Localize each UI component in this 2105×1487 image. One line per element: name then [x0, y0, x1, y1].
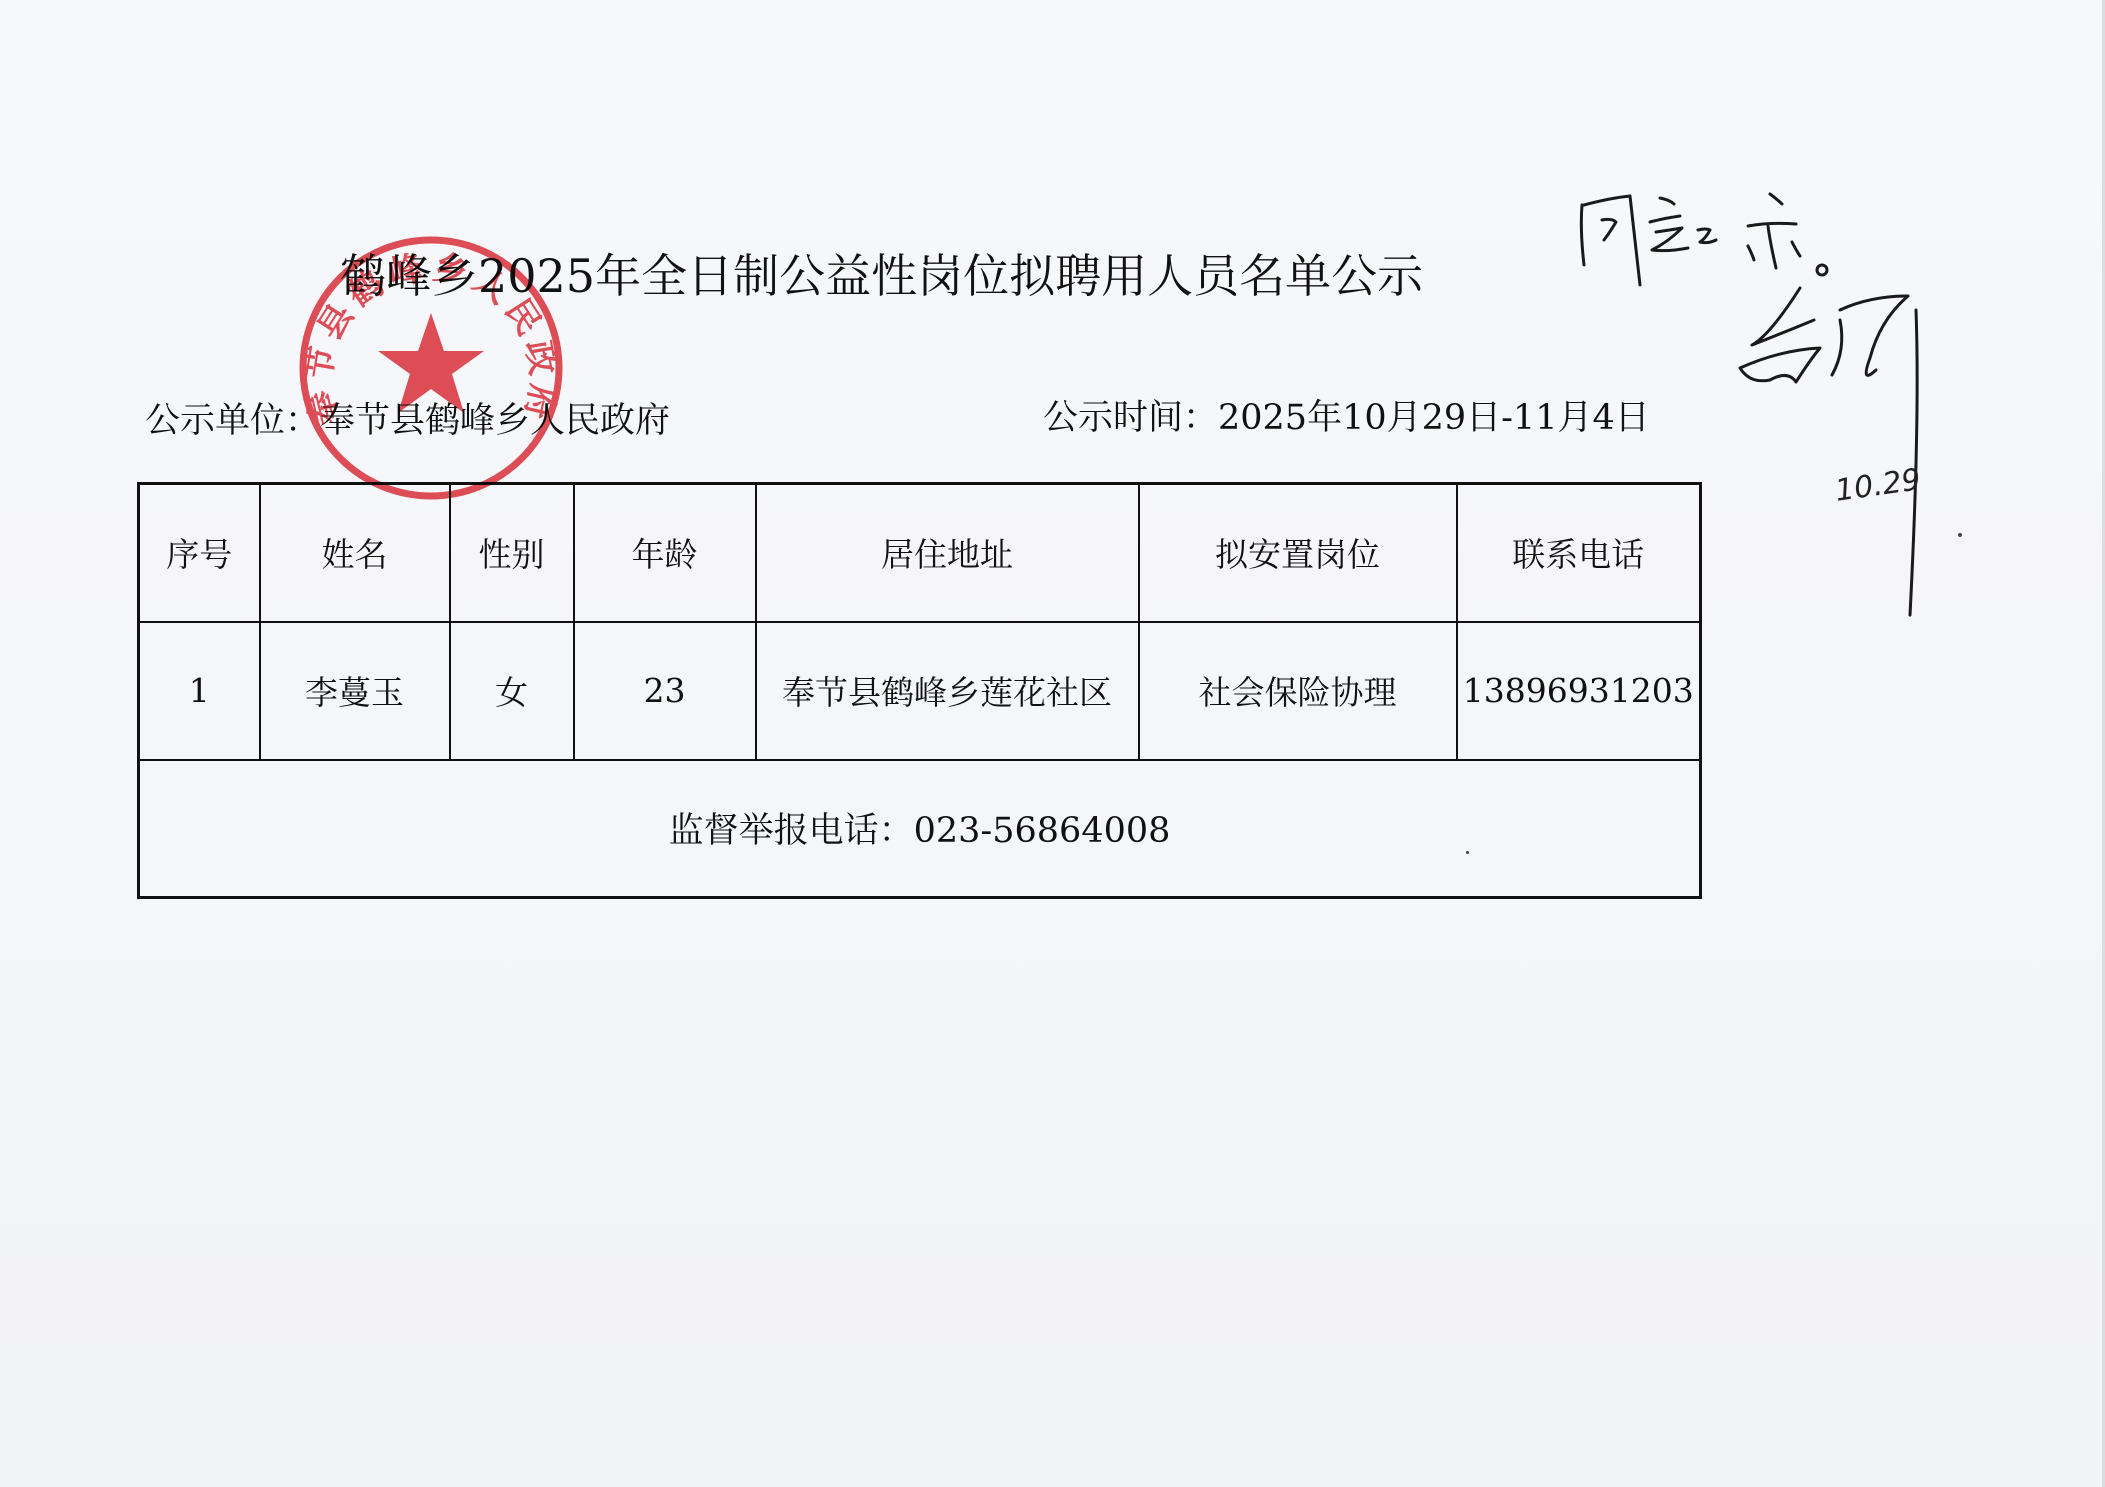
header-position: 拟安置岗位 — [1139, 484, 1457, 622]
candidate-table: 序号 姓名 性别 年龄 居住地址 拟安置岗位 联系电话 1 李蔓玉 女 23 奉… — [137, 482, 1702, 899]
cell-address: 奉节县鹤峰乡莲花社区 — [756, 622, 1139, 760]
header-age: 年龄 — [574, 484, 756, 622]
cell-gender: 女 — [450, 622, 574, 760]
complaint-hotline: 监督举报电话：023-56864008 — [139, 760, 1701, 898]
header-index: 序号 — [139, 484, 260, 622]
cell-name: 李蔓玉 — [260, 622, 450, 760]
header-phone: 联系电话 — [1457, 484, 1701, 622]
table-header-row: 序号 姓名 性别 年龄 居住地址 拟安置岗位 联系电话 — [139, 484, 1701, 622]
header-name: 姓名 — [260, 484, 450, 622]
cell-position: 社会保险协理 — [1139, 622, 1457, 760]
document-title: 鹤峰乡2025年全日制公益性岗位拟聘用人员名单公示 — [340, 240, 1423, 306]
table-row: 1 李蔓玉 女 23 奉节县鹤峰乡莲花社区 社会保险协理 13896931203 — [139, 622, 1701, 760]
scanned-page: 鹤峰乡2025年全日制公益性岗位拟聘用人员名单公示 公示单位：奉节县鹤峰乡人民政… — [0, 0, 2105, 1487]
cell-index: 1 — [139, 622, 260, 760]
table-footer-row: 监督举报电话：023-56864008 — [139, 760, 1701, 898]
handwritten-date: 10.29 — [1833, 462, 1923, 509]
publisher-label: 公示单位：奉节县鹤峰乡人民政府 — [145, 393, 670, 443]
ink-dot — [1958, 533, 1962, 537]
header-gender: 性别 — [450, 484, 574, 622]
cell-phone: 13896931203 — [1457, 622, 1701, 760]
publication-period: 公示时间：2025年10月29日-11月4日 — [1043, 390, 1650, 440]
header-address: 居住地址 — [756, 484, 1139, 622]
cell-age: 23 — [574, 622, 756, 760]
ink-dot — [1466, 851, 1469, 854]
